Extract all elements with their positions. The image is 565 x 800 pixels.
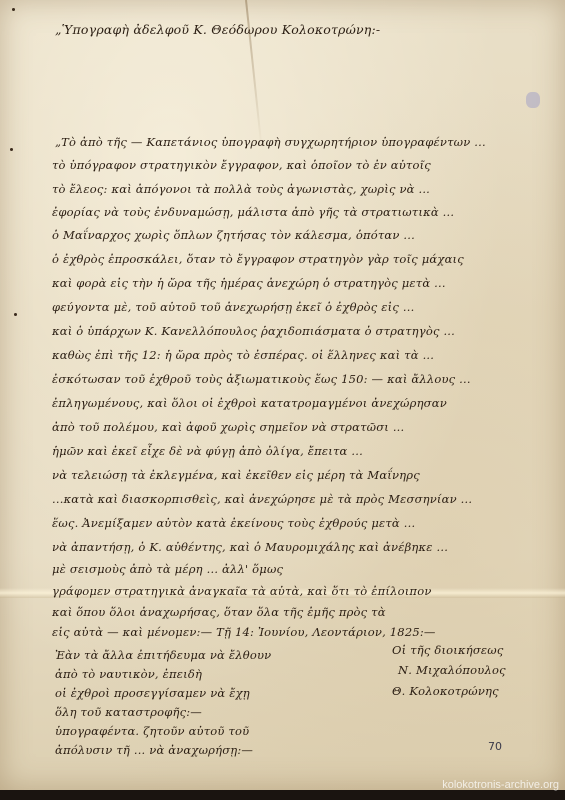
closing-line: Ἐὰν τὰ ἄλλα ἐπιτήδευμα νὰ ἔλθουν [55, 648, 271, 662]
signature-michalopoulos: Ν. Μιχαλόπουλος [398, 663, 506, 677]
archive-stamp-mark [526, 92, 540, 108]
body-line: γράφομεν στρατηγικὰ ἀναγκαῖα τὰ αὐτὰ, κα… [52, 584, 432, 598]
body-line: τὸ ὑπόγραφον στρατηγικὸν ἔγγραφον, καὶ ὁ… [52, 158, 431, 172]
signature-heading: Οἱ τῆς διοικήσεως [392, 643, 503, 657]
body-line: μὲ σεισμοὺς ἀπὸ τὰ μέρη ... ἀλλ' ὅμως [52, 562, 283, 576]
ink-spot [10, 148, 13, 151]
ink-spot [12, 8, 15, 11]
closing-line: ἀπὸ τὸ ναυτικὸν, ἐπειδὴ [55, 667, 202, 681]
page-number: 70 [488, 740, 502, 753]
signature-kolokotronis: Θ. Κολοκοτρώνης [392, 684, 499, 698]
body-line: ἐπληγωμένους, καὶ ὅλοι οἱ ἐχθροὶ κατατρο… [52, 396, 447, 410]
date-line: εἰς αὐτὰ — καὶ μένομεν:— Τῇ 14: Ἰουνίου,… [52, 625, 436, 639]
closing-line: οἱ ἐχθροὶ προσεγγίσαμεν νὰ ἔχῃ [55, 686, 250, 700]
body-line: καὶ ὁ ὑπάρχων Κ. Κανελλόπουλος ῥαχιδοπιά… [52, 324, 455, 338]
body-line: ἕως. Ἀνεμίξαμεν αὐτὸν κατὰ ἐκείνους τοὺς… [52, 516, 415, 530]
closing-line: ἀπόλυσιν τῆ ... νὰ ἀναχωρήσῃ:— [55, 743, 253, 757]
body-line: ἐφορίας νὰ τοὺς ἐνδυναμώσῃ, μάλιστα ἀπὸ … [52, 205, 454, 219]
archive-watermark: kolokotronis-archive.org [442, 779, 559, 791]
body-line: ἡμῶν καὶ ἐκεῖ εἶχε δὲ νὰ φύγῃ ἀπὸ ὀλίγα,… [52, 444, 363, 458]
closing-line: ὑπογραφέντα. ζητοῦν αὐτοῦ τοῦ [55, 724, 249, 738]
body-line: ἐσκότωσαν τοῦ ἐχθροῦ τοὺς ἀξιωματικοὺς ἕ… [52, 372, 471, 386]
body-line: καὶ ὅπου ὅλοι ἀναχωρήσας, ὅταν ὅλα τῆς ἐ… [52, 605, 386, 619]
document-title: „Ὑπογραφὴ ἀδελφοῦ Κ. Θεόδωρου Κολοκοτρών… [55, 22, 380, 37]
body-line: νὰ ἀπαντήσῃ, ὁ Κ. αὐθέντης, καὶ ὁ Μαυρομ… [52, 540, 448, 554]
body-line: ἀπὸ τοῦ πολέμου, καὶ ἀφοῦ χωρὶς σημεῖον … [52, 420, 404, 434]
body-line: ...κατὰ καὶ διασκορπισθεὶς, καὶ ἀνεχώρησ… [52, 492, 472, 506]
body-line: νὰ τελειώσῃ τὰ ἐκλεγμένα, καὶ ἐκεῖθεν εἰ… [52, 468, 420, 482]
body-line: καθὼς ἐπὶ τῆς 12: ἡ ὥρα πρὸς τὸ ἐσπέρας.… [52, 348, 434, 362]
body-line: φεύγοντα μὲ, τοῦ αὐτοῦ τοῦ ἀνεχωρήσῃ ἐκε… [52, 300, 414, 314]
body-line: τὸ ἔλεος: καὶ ἀπόγονοι τὰ πολλὰ τοὺς ἀγω… [52, 182, 430, 196]
body-line: ὁ Μαΐναρχος χωρὶς ὅπλων ζητήσας τὸν κάλε… [52, 228, 415, 242]
manuscript-page: „Ὑπογραφὴ ἀδελφοῦ Κ. Θεόδωρου Κολοκοτρών… [0, 0, 565, 790]
body-line: καὶ φορὰ εἰς τὴν ἡ ὥρα τῆς ἡμέρας ἀνεχώρ… [52, 276, 446, 290]
closing-line: ὅλη τοῦ καταστροφῆς:— [55, 705, 202, 719]
body-line: ὁ ἐχθρὸς ἐπροσκάλει, ὅταν τὸ ἔγγραφον στ… [52, 252, 464, 266]
ink-spot [14, 313, 17, 316]
body-line: „Τὸ ἀπὸ τῆς — Καπετάνιος ὑπογραφὴ συγχωρ… [55, 135, 486, 149]
